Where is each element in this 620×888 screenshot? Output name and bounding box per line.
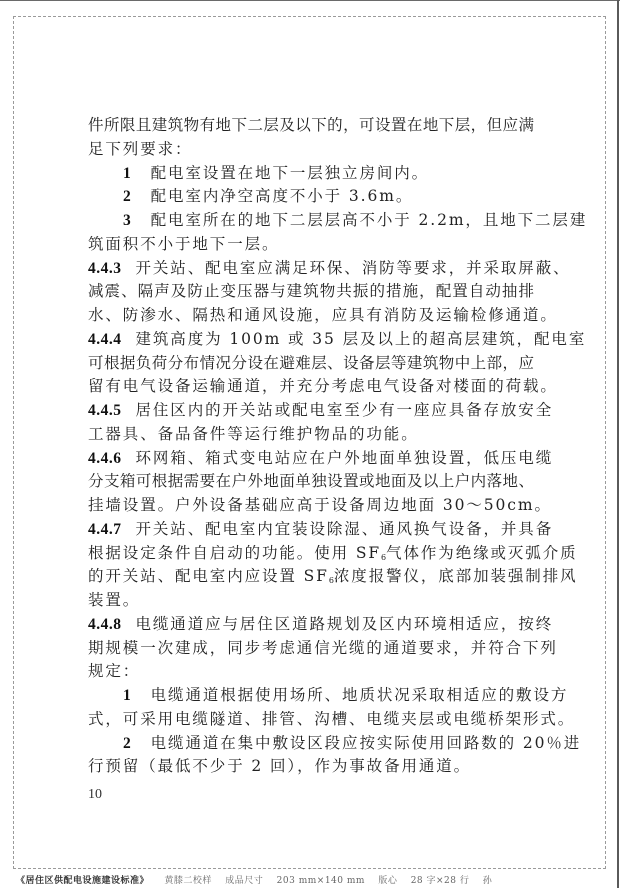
- footer-extra: 孙: [483, 876, 493, 886]
- text-line: 的开关站、配电室内应设置 SF6浓度报警仪，底部加装强制排风: [88, 565, 534, 589]
- text-line: 可根据负荷分布情况分设在避难层、设备层等建筑物中上部，应: [88, 352, 534, 376]
- page-number: 10: [88, 787, 102, 803]
- list-item-3: 3配电室所在的地下二层层高不小于 2.2m，且地下二层建: [88, 209, 534, 233]
- item-text: 配电室所在的地下二层层高不小于 2.2m，且地下二层建: [151, 211, 588, 229]
- list-item-1: 1电缆通道根据使用场所、地质状况采取相适应的敷设方: [88, 684, 534, 708]
- clause-number: 4.4.6: [88, 450, 122, 467]
- clause-4-4-5: 4.4.5居住区内的开关站或配电室至少有一座应具备存放安全: [88, 399, 534, 423]
- line-text: 工器具、备品备件等运行维护物品的功能。: [88, 425, 419, 443]
- text-line: 挂墙设置。户外设备基础应高于设备周边地面 30～50cm。: [88, 494, 534, 518]
- clause-text: 居住区内的开关站或配电室至少有一座应具备存放安全: [136, 401, 554, 419]
- clause-4-4-8: 4.4.8电缆通道应与居住区道路规划及区内环境相适应，按终: [88, 613, 534, 637]
- clause-number: 4.4.7: [88, 521, 122, 538]
- text-line: 式，可采用电缆隧道、排管、沟槽、电缆夹层或电缆桥架形式。: [88, 708, 534, 732]
- line-text: 件所限且建筑物有地下二层及以下的，可设置在地下层，但应满: [88, 116, 534, 134]
- item-number: 2: [123, 735, 133, 752]
- clause-text: 环网箱、箱式变电站应在户外地面单独设置，低压电缆: [136, 449, 554, 467]
- clause-number: 4.4.4: [88, 331, 122, 348]
- line-text: 水、防渗水、隔热和通风设施，应具有消防及运输检修通道。: [88, 306, 558, 324]
- text-line: 装置。: [88, 589, 534, 613]
- core-label: 版心: [378, 876, 397, 886]
- line-text: 期规模一次建成，同步考虑通信光缆的通道要求，并符合下列: [88, 639, 558, 657]
- text-line: 根据设定条件自启动的功能。使用 SF6气体作为绝缘或灭弧介质: [88, 542, 534, 566]
- line-text: 式，可采用电缆隧道、排管、沟槽、电缆夹层或电缆桥架形式。: [88, 710, 575, 728]
- item-number: 1: [123, 687, 133, 704]
- line-text: 的开关站、配电室内应设置 SF: [88, 567, 329, 585]
- text-line: 工器具、备品备件等运行维护物品的功能。: [88, 423, 534, 447]
- page-right-edge: [617, 0, 619, 888]
- list-item-2: 2配电室内净空高度不小于 3.6m。: [88, 185, 534, 209]
- line-text: 留有电气设备运输通道，并充分考虑电气设备对楼面的荷载。: [88, 377, 558, 395]
- text-line: 筑面积不小于地下一层。: [88, 233, 534, 257]
- text-line: 规定：: [88, 660, 534, 684]
- clause-text: 开关站、配电室内宜装设除湿、通风换气设备，并具备: [136, 520, 554, 538]
- item-text: 电缆通道根据使用场所、地质状况采取相适应的敷设方: [151, 686, 569, 704]
- core-value: 28 字×28 行: [411, 876, 470, 886]
- item-text: 电缆通道在集中敷设区段应按实际使用回路数的 20％进: [151, 734, 582, 752]
- document-body: 件所限且建筑物有地下二层及以下的，可设置在地下层，但应满 足下列要求： 1配电室…: [88, 114, 534, 779]
- line-text: 足下列要求：: [88, 140, 192, 158]
- item-text: 配电室设置在地下一层独立房间内。: [151, 164, 429, 182]
- clause-4-4-3: 4.4.3开关站、配电室应满足环保、消防等要求，并采取屏蔽、: [88, 257, 534, 281]
- line-text: 行预留（最低不少于 2 回），作为事故备用通道。: [88, 757, 471, 775]
- proof-label: 黄膝二校样: [164, 876, 212, 886]
- item-number: 2: [123, 188, 133, 205]
- clause-4-4-4: 4.4.4建筑高度为 100m 或 35 层及以上的超高层建筑，配电室: [88, 328, 534, 352]
- size-value: 203 mm×140 mm: [277, 876, 365, 886]
- item-text: 配电室内净空高度不小于 3.6m。: [151, 187, 414, 205]
- clause-4-4-7: 4.4.7开关站、配电室内宜装设除湿、通风换气设备，并具备: [88, 518, 534, 542]
- line-text: 浓度报警仪，底部加装强制排风: [334, 567, 578, 585]
- text-line: 减震、隔声及防止变压器与建筑物共振的措施，配置自动抽排: [88, 280, 534, 304]
- print-footer: 《居住区供配电设施建设标准》 黄膝二校样 成品尺寸 203 mm×140 mm …: [16, 873, 502, 886]
- item-number: 1: [123, 165, 133, 182]
- line-text: 减震、隔声及防止变压器与建筑物共振的措施，配置自动抽排: [88, 282, 534, 300]
- line-text: 筑面积不小于地下一层。: [88, 235, 279, 253]
- clause-number: 4.4.8: [88, 616, 122, 633]
- line-text: 装置。: [88, 591, 140, 609]
- clause-text: 开关站、配电室应满足环保、消防等要求，并采取屏蔽、: [136, 259, 571, 277]
- text-line: 足下列要求：: [88, 138, 534, 162]
- clause-number: 4.4.3: [88, 260, 122, 277]
- line-text: 规定：: [88, 662, 140, 680]
- text-line: 行预留（最低不少于 2 回），作为事故备用通道。: [88, 755, 534, 779]
- size-label: 成品尺寸: [225, 876, 263, 886]
- clause-number: 4.4.5: [88, 402, 122, 419]
- line-text: 挂墙设置。户外设备基础应高于设备周边地面 30～50cm。: [88, 496, 552, 514]
- line-text: 可根据负荷分布情况分设在避难层、设备层等建筑物中上部，应: [88, 354, 534, 372]
- item-number: 3: [123, 212, 133, 229]
- text-line: 期规模一次建成，同步考虑通信光缆的通道要求，并符合下列: [88, 637, 534, 661]
- line-text: 根据设定条件自启动的功能。使用 SF: [88, 544, 381, 562]
- line-text: 分支箱可根据需要在户外地面单独设置或地面及以上户内落地、: [88, 472, 534, 490]
- line-text: 气体作为绝缘或灭弧介质: [386, 544, 577, 562]
- clause-text: 电缆通道应与居住区道路规划及区内环境相适应，按终: [136, 615, 554, 633]
- page-top-edge: [0, 0, 620, 1]
- text-line: 分支箱可根据需要在户外地面单独设置或地面及以上户内落地、: [88, 470, 534, 494]
- list-item-2: 2电缆通道在集中敷设区段应按实际使用回路数的 20％进: [88, 732, 534, 756]
- text-line: 件所限且建筑物有地下二层及以下的，可设置在地下层，但应满: [88, 114, 534, 138]
- text-line: 水、防渗水、隔热和通风设施，应具有消防及运输检修通道。: [88, 304, 534, 328]
- text-line: 留有电气设备运输通道，并充分考虑电气设备对楼面的荷载。: [88, 375, 534, 399]
- clause-text: 建筑高度为 100m 或 35 层及以上的超高层建筑，配电室: [136, 330, 587, 348]
- list-item-1: 1配电室设置在地下一层独立房间内。: [88, 162, 534, 186]
- book-title: 《居住区供配电设施建设标准》: [16, 876, 149, 886]
- clause-4-4-6: 4.4.6环网箱、箱式变电站应在户外地面单独设置，低压电缆: [88, 447, 534, 471]
